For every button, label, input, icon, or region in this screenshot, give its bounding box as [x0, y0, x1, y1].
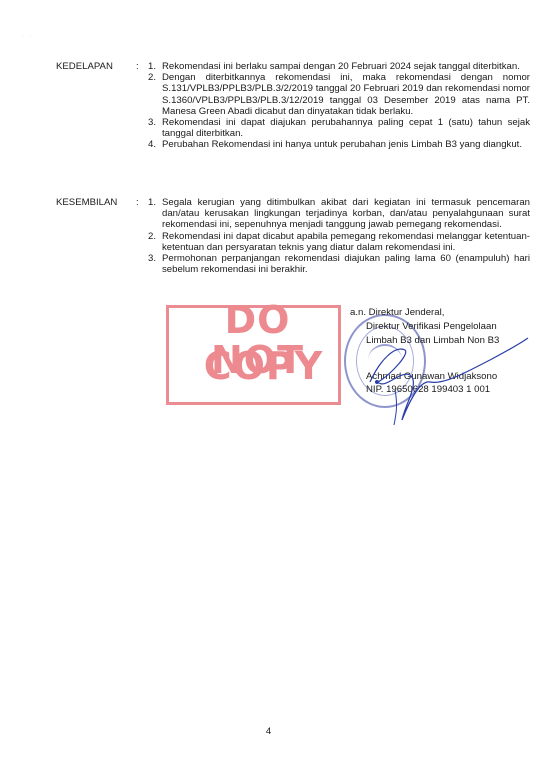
document-page: · · KEDELAPAN : 1. Rekomendasi ini berla…	[0, 0, 537, 760]
page-number: 4	[0, 726, 537, 737]
item-text: Perubahan Rekomendasi ini hanya untuk pe…	[162, 139, 530, 150]
section-label: KEDELAPAN	[56, 61, 136, 72]
item-number: 1.	[148, 197, 156, 208]
do-not-copy-watermark: DO NOT COPY	[166, 305, 341, 405]
item-number: 1.	[148, 61, 156, 72]
list-item: 4. Perubahan Rekomendasi ini hanya untuk…	[148, 139, 530, 150]
list-item: 1. Rekomendasi ini berlaku sampai dengan…	[148, 61, 530, 72]
list-item: 1. Segala kerugian yang ditimbulkan akib…	[148, 197, 530, 231]
section-colon: :	[136, 197, 146, 208]
item-number: 3.	[148, 117, 156, 128]
item-number: 2.	[148, 231, 156, 242]
item-text: Rekomendasi ini dapat dicabut apabila pe…	[162, 231, 530, 253]
section-colon: :	[136, 61, 146, 72]
list-item: 3. Permohonan perpanjangan rekomendasi d…	[148, 253, 530, 275]
watermark-line-2: COPY	[179, 346, 348, 386]
item-text: Segala kerugian yang ditimbulkan akibat …	[162, 197, 530, 231]
list-item: 2. Rekomendasi ini dapat dicabut apabila…	[148, 231, 530, 253]
item-text: Rekomendasi ini dapat diajukan perubahan…	[162, 117, 530, 139]
section-label: KESEMBILAN	[56, 197, 136, 208]
item-list: 1. Rekomendasi ini berlaku sampai dengan…	[148, 61, 530, 151]
item-list: 1. Segala kerugian yang ditimbulkan akib…	[148, 197, 530, 275]
item-text: Dengan diterbitkannya rekomendasi ini, m…	[162, 72, 530, 117]
handwritten-signature-icon	[350, 320, 530, 425]
item-number: 4.	[148, 139, 156, 150]
list-item: 3. Rekomendasi ini dapat diajukan peruba…	[148, 117, 530, 139]
item-number: 2.	[148, 72, 156, 83]
item-text: Rekomendasi ini berlaku sampai dengan 20…	[162, 61, 530, 72]
signature-on-behalf: a.n. Direktur Jenderal,	[350, 306, 444, 319]
scan-artifact: · ·	[22, 34, 34, 40]
item-number: 3.	[148, 253, 156, 264]
list-item: 2. Dengan diterbitkannya rekomendasi ini…	[148, 72, 530, 117]
item-text: Permohonan perpanjangan rekomendasi diaj…	[162, 253, 530, 275]
